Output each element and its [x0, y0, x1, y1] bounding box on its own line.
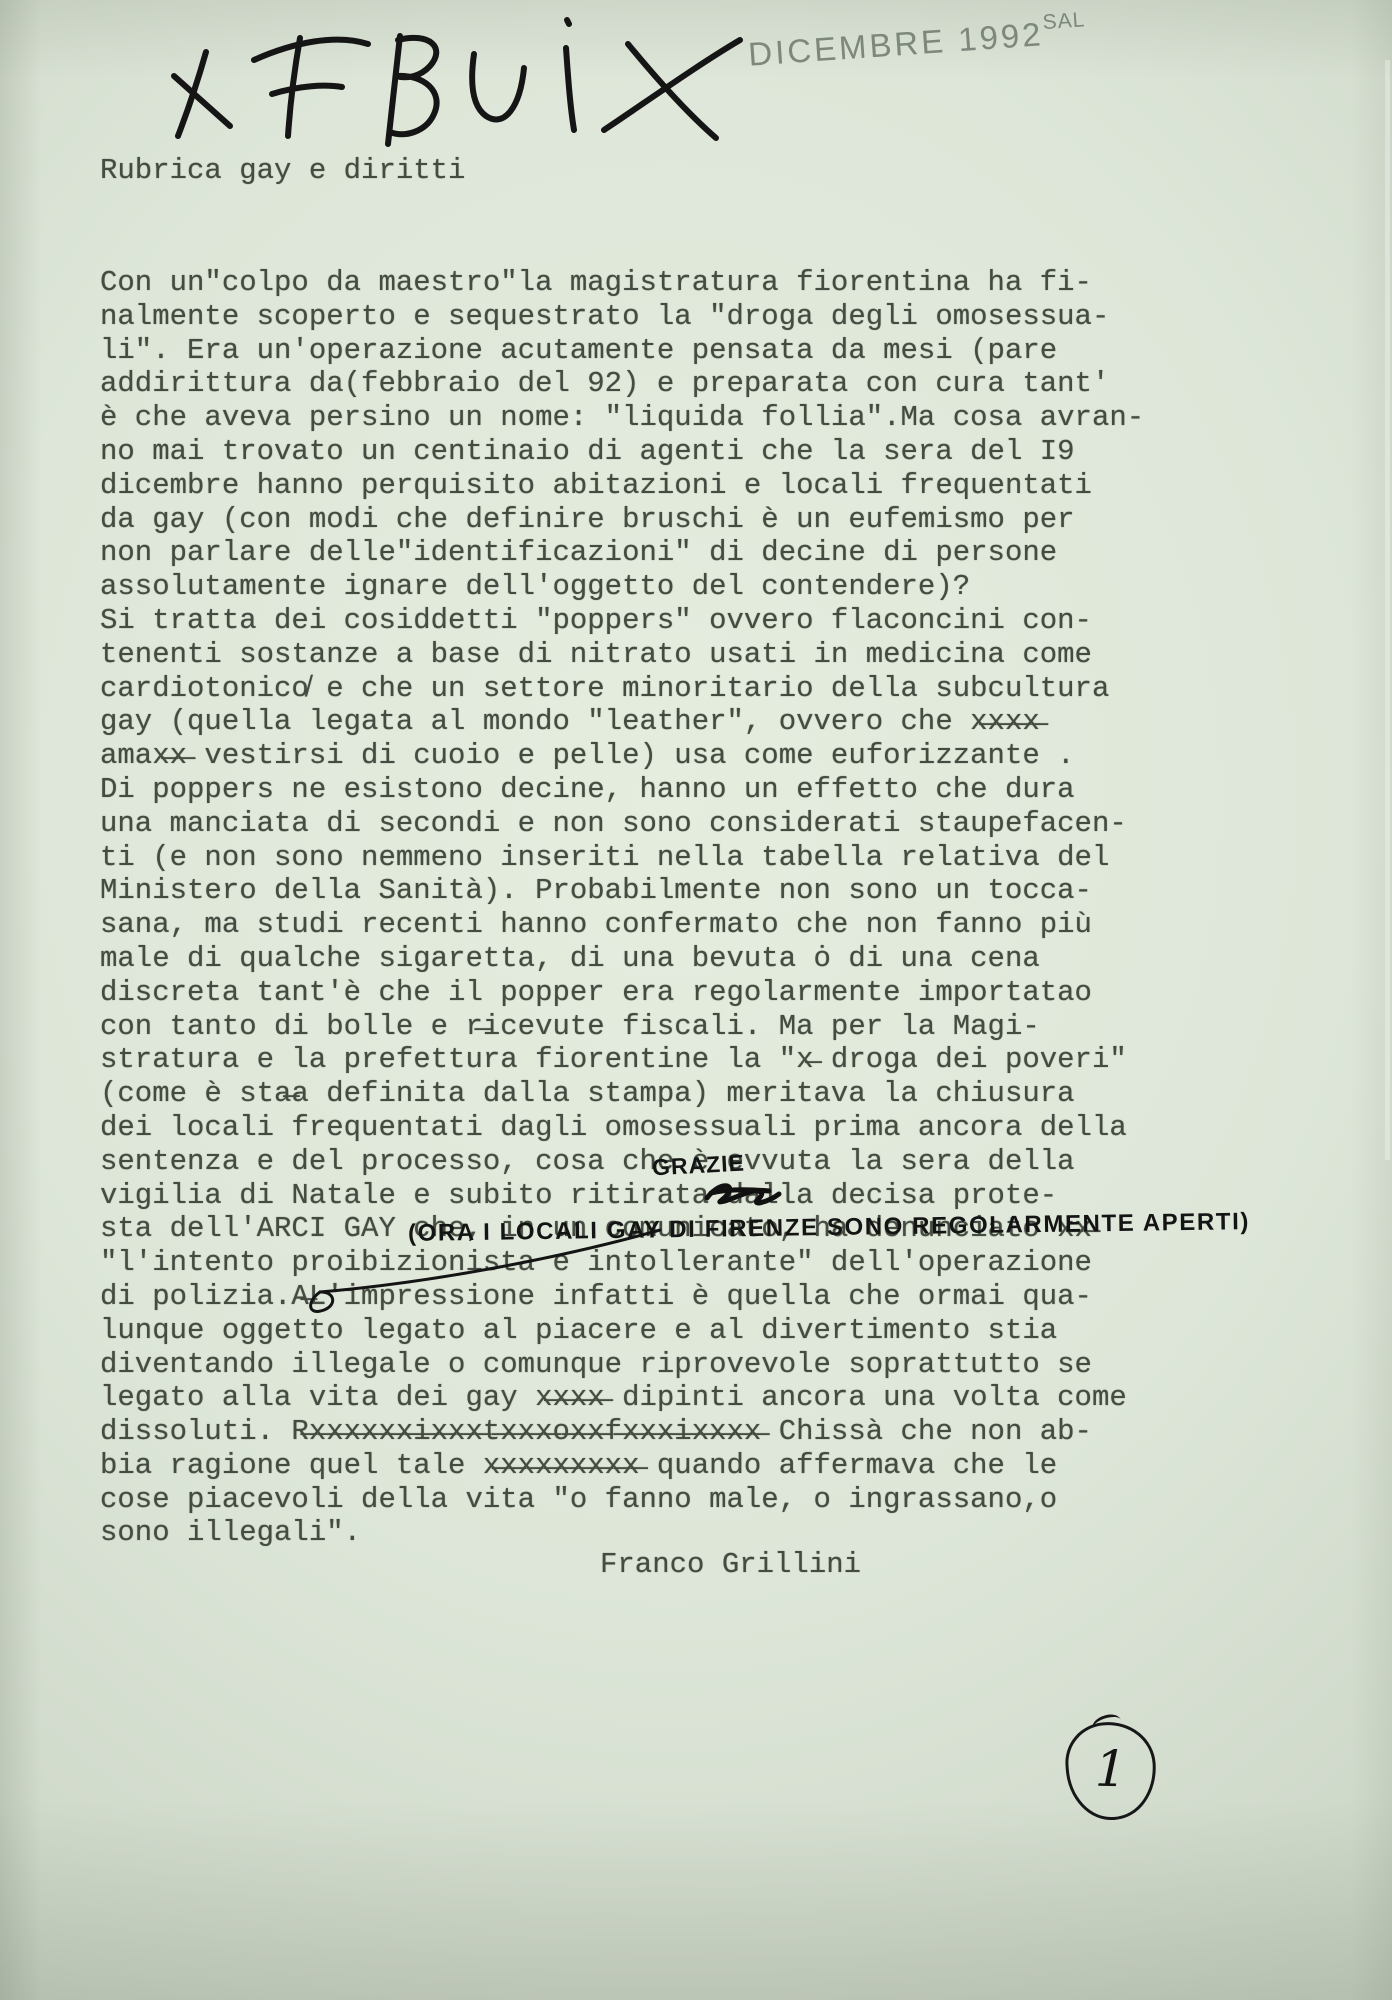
typed-line: no mai trovato un centinaio di agenti ch… [100, 435, 1144, 469]
typed-line: Con un"colpo da maestro"la magistratura … [100, 266, 1144, 300]
typed-line: "l'intento proibizionista e intollerante… [100, 1246, 1144, 1280]
typed-line: vigilia di Natale e subito ritirata dall… [100, 1179, 1144, 1213]
typed-line: tenenti sostanze a base di nitrato usati… [100, 638, 1144, 672]
typed-line: con tanto di bolle e r̶icevute fiscali. … [100, 1010, 1144, 1044]
typed-line: cardiotonico̸ e che un settore minoritar… [100, 672, 1144, 706]
typed-line: stratura e la prefettura fiorentine la "… [100, 1043, 1144, 1077]
typed-line: ti (e non sono nemmeno inseriti nella ta… [100, 841, 1144, 875]
typed-line: dicembre hanno perquisito abitazioni e l… [100, 469, 1144, 503]
page-number: 1 [1094, 1740, 1127, 1799]
date-annotation: DICEMBRE 1992SAL [747, 12, 1087, 74]
typed-line: nalmente scoperto e sequestrato la "drog… [100, 300, 1144, 334]
typed-line: (come è sta̶a definita dalla stampa) mer… [100, 1077, 1144, 1111]
page-title: Rubrica gay e diritti [100, 154, 465, 187]
typed-line: sana, ma studi recenti hanno confermato … [100, 908, 1144, 942]
page-number-badge: 1 [1063, 1719, 1160, 1823]
date-superscript: SAL [1042, 8, 1086, 34]
typed-line: sentenza e del processo, cosa che è evvu… [100, 1145, 1144, 1179]
typed-line: bia ragione quel tale x̶x̶x̶x̶x̶x̶x̶x̶x̶… [100, 1449, 1144, 1483]
typed-line: male di qualche sigaretta, di una bevuta… [100, 942, 1144, 976]
scanned-document-page: DICEMBRE 1992SAL Rubrica gay e diritti C… [0, 0, 1392, 2000]
typed-line: cose piacevoli della vita "o fanno male,… [100, 1483, 1144, 1517]
typed-line: addirittura da(febbraio del 92) e prepar… [100, 367, 1144, 401]
typed-line: Di poppers ne esistono decine, hanno un … [100, 773, 1144, 807]
signature: Franco Grillini [600, 1548, 861, 1581]
typed-line: dei locali frequentati dagli omosessuali… [100, 1111, 1144, 1145]
typed-line: Si tratta dei cosiddetti "poppers" ovver… [100, 604, 1144, 638]
typed-line: da gay (con modi che definire bruschi è … [100, 503, 1144, 537]
date-text: DICEMBRE 1992 [747, 15, 1045, 73]
typed-line: non parlare delle"identificazioni" di de… [100, 536, 1144, 570]
typed-line: li". Era un'operazione acutamente pensat… [100, 334, 1144, 368]
typed-line: diventando illegale o comunque riprovevo… [100, 1348, 1144, 1382]
typed-line: Ministero della Sanità). Probabilmente n… [100, 874, 1144, 908]
typed-body: Con un"colpo da maestro"la magistratura … [100, 266, 1144, 1550]
typed-line: amax̶x̶ vestirsi di cuoio e pelle) usa c… [100, 739, 1144, 773]
typed-line: gay (quella legata al mondo "leather", o… [100, 705, 1144, 739]
typed-line: una manciata di secondi e non sono consi… [100, 807, 1144, 841]
typed-line: è che aveva persino un nome: "liquida fo… [100, 401, 1144, 435]
typed-line: legato alla vita dei gay x̶x̶x̶x̶ dipint… [100, 1381, 1144, 1415]
typed-line: sono illegali". [100, 1516, 1144, 1550]
typed-line: assolutamente ignare dell'oggetto del co… [100, 570, 1144, 604]
typed-line: di polizia.A̶L'impressione infatti è que… [100, 1280, 1144, 1314]
typed-line: discreta tant'è che il popper era regola… [100, 976, 1144, 1010]
felix-handwriting [168, 10, 788, 150]
grazie-annotation: GRAZIE [651, 1150, 745, 1182]
typed-line: lunque oggetto legato al piacere e al di… [100, 1314, 1144, 1348]
typed-line: dissoluti. R̶x̶x̶x̶x̶x̶x̶i̶x̶x̶x̶t̶x̶x̶x… [100, 1415, 1144, 1449]
